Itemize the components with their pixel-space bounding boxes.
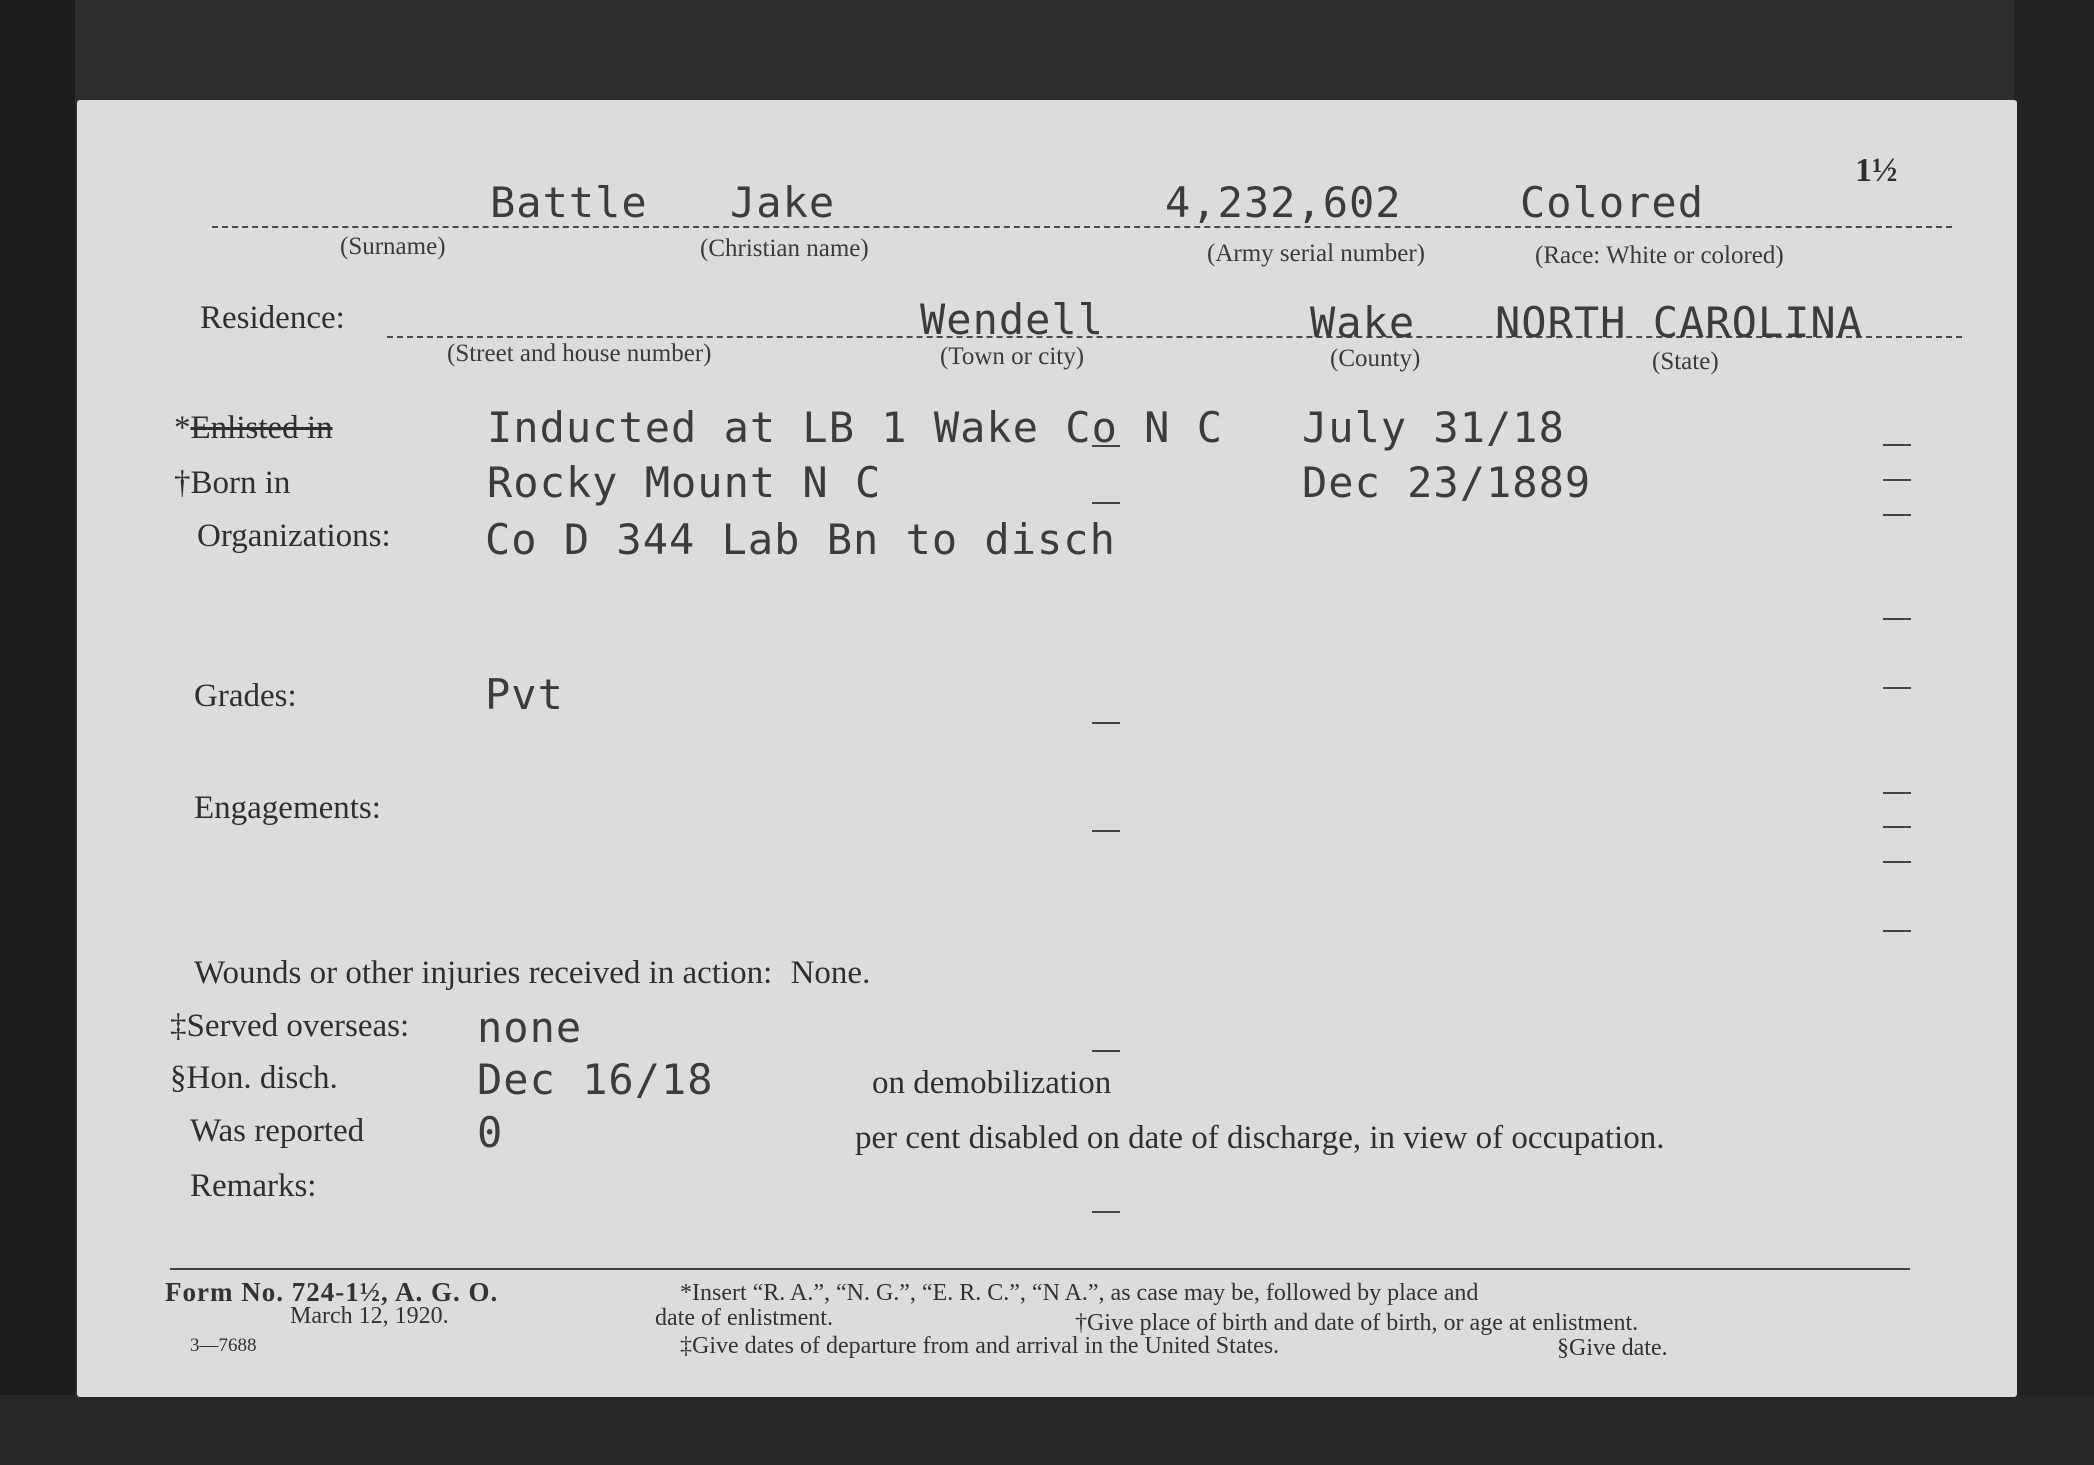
surname-value: Battle <box>490 178 648 227</box>
was-reported-note: per cent disabled on date of discharge, … <box>855 1120 1664 1157</box>
born-value: Rocky Mount N C <box>487 458 881 507</box>
right-dash <box>1883 687 1911 689</box>
serial-number-caption: (Army serial number) <box>1207 240 1425 268</box>
christian-name-value: Jake <box>730 178 835 227</box>
mid-dash <box>1092 1050 1120 1052</box>
state-value: NORTH CAROLINA <box>1495 298 1863 347</box>
street-caption: (Street and house number) <box>447 340 712 368</box>
mid-dash <box>1092 445 1120 447</box>
christian-name-caption: (Christian name) <box>700 235 869 263</box>
form-date: March 12, 1920. <box>290 1303 449 1330</box>
right-dash <box>1883 826 1911 828</box>
mid-dash <box>1092 1211 1120 1213</box>
enlisted-marker: * <box>174 410 191 446</box>
hon-disch-value: Dec 16/18 <box>477 1055 714 1104</box>
mid-dash <box>1092 830 1120 832</box>
served-overseas-label: Served overseas: <box>187 1008 410 1044</box>
right-dash <box>1883 861 1911 863</box>
right-dash <box>1883 930 1911 932</box>
county-value: Wake <box>1310 298 1415 347</box>
card-number: 1½ <box>1855 152 1898 190</box>
right-dash <box>1883 792 1911 794</box>
race-caption: (Race: White or colored) <box>1535 242 1784 270</box>
wounds-label: Wounds or other injuries received in act… <box>194 955 772 991</box>
scanner-left-edge <box>0 0 75 1465</box>
serial-number-value: 4,232,602 <box>1165 178 1402 227</box>
remarks-label: Remarks: <box>190 1168 316 1205</box>
mid-dash <box>1092 722 1120 724</box>
hon-disch-label: Hon. disch. <box>187 1060 338 1096</box>
engagements-label: Engagements: <box>194 790 381 827</box>
right-dash <box>1883 618 1911 620</box>
wounds-value: None. <box>791 955 871 991</box>
served-overseas-marker: ‡ <box>170 1008 187 1044</box>
born-label: Born in <box>191 465 291 501</box>
hon-disch-row: §Hon. disch. <box>170 1060 338 1097</box>
mid-dash <box>1092 502 1120 504</box>
hon-disch-note: on demobilization <box>872 1065 1111 1102</box>
grades-label: Grades: <box>194 678 297 715</box>
was-reported-label: Was reported <box>190 1113 364 1150</box>
right-dash <box>1883 444 1911 446</box>
enlisted-label: Enlisted in <box>191 410 333 446</box>
surname-caption: (Surname) <box>340 233 446 261</box>
right-dash <box>1883 479 1911 481</box>
born-marker: † <box>174 465 191 501</box>
residence-label: Residence: <box>200 300 345 337</box>
born-row: †Born in <box>174 465 290 502</box>
state-caption: (State) <box>1652 348 1719 376</box>
footnote-double-dagger: ‡Give dates of departure from and arriva… <box>680 1333 1279 1360</box>
born-date: Dec 23/1889 <box>1302 458 1591 507</box>
was-reported-value: 0 <box>477 1108 503 1157</box>
hon-disch-marker: § <box>170 1060 187 1096</box>
right-dash <box>1883 514 1911 516</box>
county-caption: (County) <box>1330 345 1420 373</box>
organizations-label: Organizations: <box>197 518 391 555</box>
organizations-value: Co D 344 Lab Bn to disch <box>485 515 1116 564</box>
footnote-section: §Give date. <box>1557 1335 1668 1362</box>
service-record-card: 1½ Battle Jake 4,232,602 Colored (Surnam… <box>77 100 2017 1397</box>
grades-value: Pvt <box>485 670 564 719</box>
wounds-row: Wounds or other injuries received in act… <box>194 955 870 992</box>
served-overseas-row: ‡Served overseas: <box>170 1008 409 1045</box>
town-value: Wendell <box>920 295 1104 344</box>
enlisted-row: *Enlisted in <box>174 410 333 447</box>
scanner-bottom-edge <box>0 1395 2094 1465</box>
town-caption: (Town or city) <box>940 343 1084 371</box>
scanner-right-edge <box>2014 0 2094 1465</box>
race-value: Colored <box>1520 178 1704 227</box>
footnote-asterisk-line1: *Insert “R. A.”, “N. G.”, “E. R. C.”, “N… <box>680 1280 1478 1307</box>
footnote-asterisk-line2: date of enlistment. <box>655 1305 833 1332</box>
print-code: 3—7688 <box>190 1335 257 1357</box>
enlisted-date: July 31/18 <box>1302 403 1565 452</box>
footer-rule <box>170 1268 1910 1270</box>
served-overseas-value: none <box>477 1003 582 1052</box>
